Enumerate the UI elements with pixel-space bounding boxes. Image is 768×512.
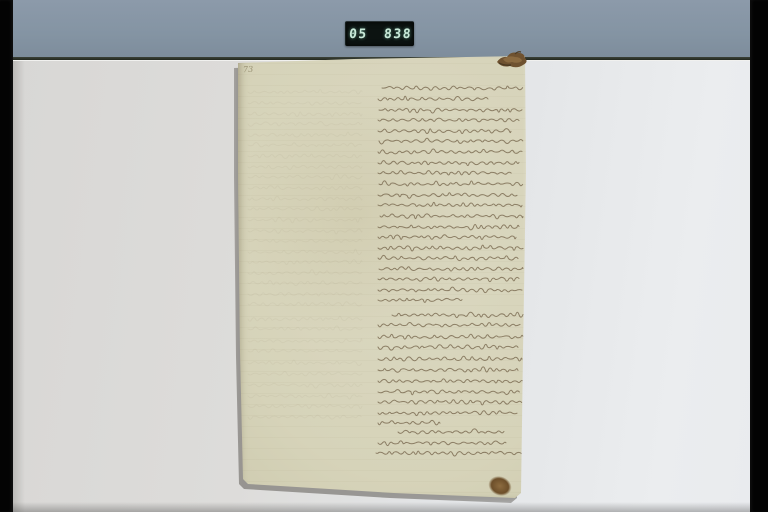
frame-counter-value: 05 838 <box>348 27 412 42</box>
left-black-bar <box>0 0 13 512</box>
binding-tassel <box>491 46 529 72</box>
right-black-bar <box>750 0 768 512</box>
manuscript-page: 73 <box>234 52 528 502</box>
frame-counter-display: 05 838 <box>345 21 414 46</box>
archival-photo-viewer: 05 838 73 <box>0 0 768 512</box>
handwriting-layer <box>234 52 528 502</box>
